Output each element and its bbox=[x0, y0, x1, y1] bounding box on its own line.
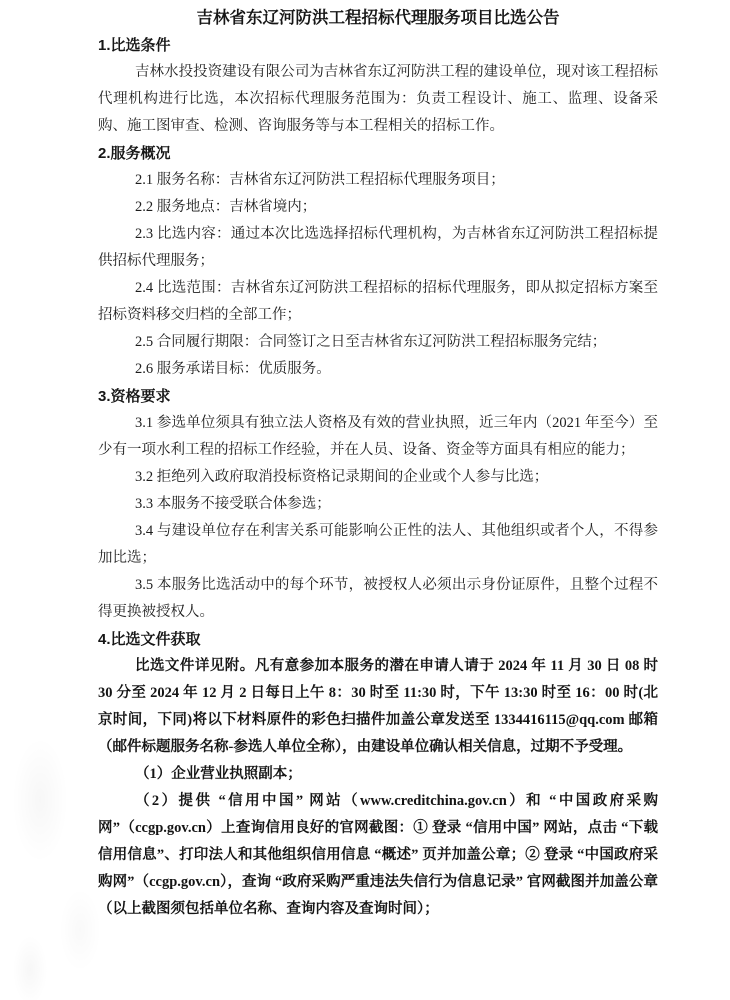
section-service-overview: 2.服务概况 2.1 服务名称：吉林省东辽河防洪工程招标代理服务项目； 2.2 … bbox=[98, 140, 658, 383]
paragraph: 比选文件详见附。凡有意参加本服务的潜在申请人请于 2024 年 11 月 30 … bbox=[98, 653, 658, 761]
section-qualification-requirements: 3.资格要求 3.1 参选单位须具有独立法人资格及有效的营业执照，近三年内（20… bbox=[98, 383, 658, 626]
section-document-acquisition: 4.比选文件获取 比选文件详见附。凡有意参加本服务的潜在申请人请于 2024 年… bbox=[98, 626, 658, 923]
paragraph: 吉林水投投资建设有限公司为吉林省东辽河防洪工程的建设单位，现对该工程招标代理机构… bbox=[98, 59, 658, 140]
section-heading: 1.比选条件 bbox=[98, 32, 658, 59]
paragraph: 2.1 服务名称：吉林省东辽河防洪工程招标代理服务项目； bbox=[98, 167, 658, 194]
page-title: 吉林省东辽河防洪工程招标代理服务项目比选公告 bbox=[98, 4, 658, 32]
section-heading: 2.服务概况 bbox=[98, 140, 658, 167]
section-heading: 4.比选文件获取 bbox=[98, 626, 658, 653]
paragraph: 3.2 拒绝列入政府取消投标资格记录期间的企业或个人参与比选； bbox=[98, 464, 658, 491]
paragraph: 2.4 比选范围：吉林省东辽河防洪工程招标的招标代理服务，即从拟定招标方案至招标… bbox=[98, 275, 658, 329]
paragraph: 3.3 本服务不接受联合体参选； bbox=[98, 491, 658, 518]
paragraph: 2.2 服务地点：吉林省境内； bbox=[98, 194, 658, 221]
paragraph: 2.6 服务承诺目标：优质服务。 bbox=[98, 356, 658, 383]
paragraph: （1）企业营业执照副本； bbox=[98, 761, 658, 788]
paragraph: 3.4 与建设单位存在利害关系可能影响公正性的法人、其他组织或者个人，不得参加比… bbox=[98, 518, 658, 572]
paragraph: 2.3 比选内容：通过本次比选选择招标代理机构，为吉林省东辽河防洪工程招标提供招… bbox=[98, 221, 658, 275]
paragraph: 3.1 参选单位须具有独立法人资格及有效的营业执照，近三年内（2021 年至今）… bbox=[98, 410, 658, 464]
document-page: 吉林省东辽河防洪工程招标代理服务项目比选公告 1.比选条件 吉林水投投资建设有限… bbox=[0, 0, 730, 1000]
document-content: 吉林省东辽河防洪工程招标代理服务项目比选公告 1.比选条件 吉林水投投资建设有限… bbox=[98, 4, 658, 923]
section-heading: 3.资格要求 bbox=[98, 383, 658, 410]
paragraph: （2）提供 “信用中国” 网站（www.creditchina.gov.cn）和… bbox=[98, 788, 658, 923]
paragraph: 2.5 合同履行期限：合同签订之日至吉林省东辽河防洪工程招标服务完结； bbox=[98, 329, 658, 356]
section-bixuan-conditions: 1.比选条件 吉林水投投资建设有限公司为吉林省东辽河防洪工程的建设单位，现对该工… bbox=[98, 32, 658, 140]
paragraph: 3.5 本服务比选活动中的每个环节，被授权人必须出示身份证原件，且整个过程不得更… bbox=[98, 572, 658, 626]
